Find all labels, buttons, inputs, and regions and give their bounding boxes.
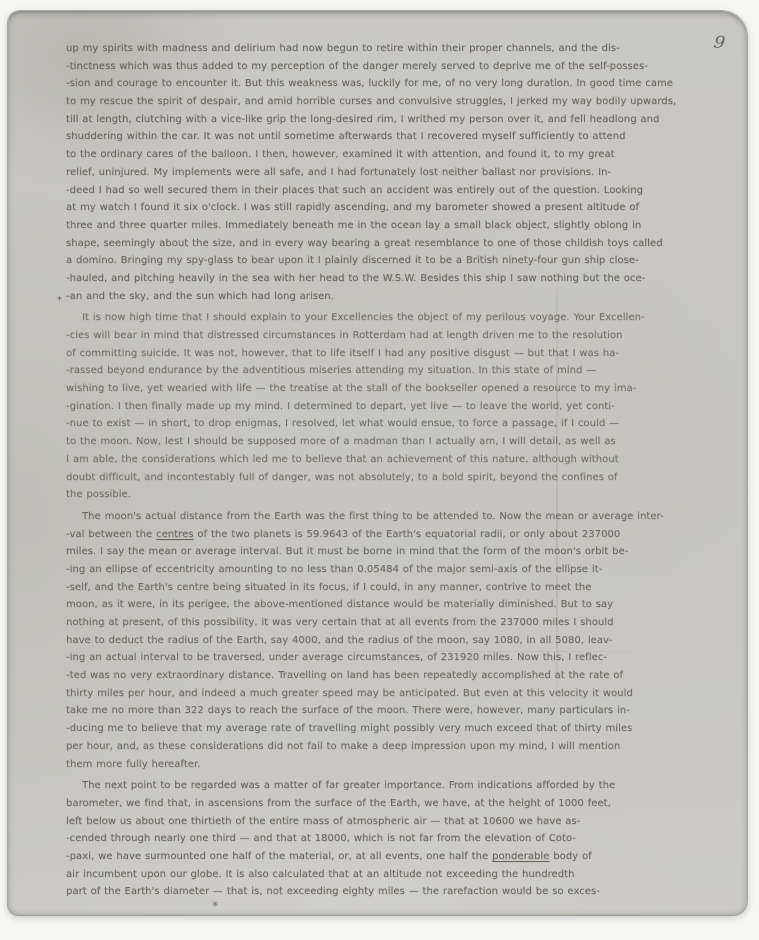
manuscript-line: have to deduct the radius of the Earth, … bbox=[66, 632, 716, 650]
manuscript-line: of committing suicide. It was not, howev… bbox=[66, 345, 716, 363]
manuscript-line: -hauled, and pitching heavily in the sea… bbox=[66, 270, 716, 288]
manuscript-line: -rassed beyond endurance by the adventit… bbox=[66, 362, 716, 380]
manuscript-line: -deed I had so well secured them in thei… bbox=[66, 182, 716, 200]
manuscript-line: a domino. Bringing my spy-glass to bear … bbox=[66, 252, 716, 270]
manuscript-line: to the ordinary cares of the balloon. I … bbox=[66, 146, 716, 164]
manuscript-line: -cies will bear in mind that distressed … bbox=[66, 327, 716, 345]
paragraph: up my spirits with madness and delirium … bbox=[66, 40, 716, 305]
manuscript-line: miles. I say the mean or average interva… bbox=[66, 543, 716, 561]
manuscript-line: take me no more than 322 days to reach t… bbox=[66, 702, 716, 720]
manuscript-line: doubt difficult, and incontestably full … bbox=[66, 469, 716, 487]
manuscript-line: -ducing me to believe that my average ra… bbox=[66, 720, 716, 738]
manuscript-line: The next point to be regarded was a matt… bbox=[66, 777, 716, 795]
manuscript-line: shape, seemingly about the size, and in … bbox=[66, 235, 716, 253]
manuscript-line: -ted was no very extraordinary distance.… bbox=[66, 667, 716, 685]
manuscript-line: -gination. I then finally made up my min… bbox=[66, 398, 716, 416]
manuscript-line: -ing an actual interval to be traversed,… bbox=[66, 649, 716, 667]
manuscript-line: air incumbent upon our globe. It is also… bbox=[66, 866, 716, 884]
manuscript-line: barometer, we find that, in ascensions f… bbox=[66, 795, 716, 813]
manuscript-line: shuddering within the car. It was not un… bbox=[66, 128, 716, 146]
paragraph: The next point to be regarded was a matt… bbox=[66, 777, 716, 901]
manuscript-line: -sion and courage to encounter it. But t… bbox=[66, 75, 716, 93]
manuscript-line: It is now high time that I should explai… bbox=[66, 309, 716, 327]
manuscript-line: left below us about one thirtieth of the… bbox=[66, 813, 716, 831]
manuscript-line: till at length, clutching with a vice-li… bbox=[66, 111, 716, 129]
manuscript-line: them more fully hereafter. bbox=[66, 756, 716, 774]
manuscript-line: -an and the sky, and the sun which had l… bbox=[66, 288, 716, 306]
manuscript-line: to the moon. Now, lest I should be suppo… bbox=[66, 433, 716, 451]
manuscript-line: relief, uninjured. My implements were al… bbox=[66, 164, 716, 182]
manuscript-line: three and three quarter miles. Immediate… bbox=[66, 217, 716, 235]
manuscript-line: at my watch I found it six o'clock. I wa… bbox=[66, 199, 716, 217]
manuscript-line: -cended through nearly one third — and t… bbox=[66, 830, 716, 848]
manuscript-text: up my spirits with madness and delirium … bbox=[66, 40, 716, 901]
paragraph: It is now high time that I should explai… bbox=[66, 309, 716, 504]
manuscript-line: moon, as it were, in its perigee, the ab… bbox=[66, 596, 716, 614]
manuscript-line: to my rescue the spirit of despair, and … bbox=[66, 93, 716, 111]
manuscript-page: 9 * * up my spirits with madness and del… bbox=[8, 11, 747, 915]
paragraph: The moon's actual distance from the Eart… bbox=[66, 508, 716, 773]
ink-dot-mark: * bbox=[212, 899, 218, 913]
manuscript-line: -self, and the Earth's centre being situ… bbox=[66, 579, 716, 597]
manuscript-line: I am able, the considerations which led … bbox=[66, 451, 716, 469]
manuscript-line: -paxi, we have surmounted one half of th… bbox=[66, 848, 716, 866]
manuscript-line: the possible. bbox=[66, 486, 716, 504]
manuscript-line: thirty miles per hour, and indeed a much… bbox=[66, 685, 716, 703]
manuscript-line: -val between the centres of the two plan… bbox=[66, 526, 716, 544]
manuscript-line: per hour, and, as these considerations d… bbox=[66, 738, 716, 756]
manuscript-line: up my spirits with madness and delirium … bbox=[66, 40, 716, 58]
manuscript-line: nothing at present, of this possibility,… bbox=[66, 614, 716, 632]
manuscript-line: part of the Earth's diameter — that is, … bbox=[66, 883, 716, 901]
manuscript-line: -tinctness which was thus added to my pe… bbox=[66, 58, 716, 76]
manuscript-line: -nue to exist — in short, to drop enigma… bbox=[66, 415, 716, 433]
margin-asterisk-mark: * bbox=[57, 295, 62, 306]
manuscript-line: -ing an ellipse of eccentricity amountin… bbox=[66, 561, 716, 579]
manuscript-line: wishing to live, yet wearied with life —… bbox=[66, 380, 716, 398]
manuscript-line: The moon's actual distance from the Eart… bbox=[66, 508, 716, 526]
